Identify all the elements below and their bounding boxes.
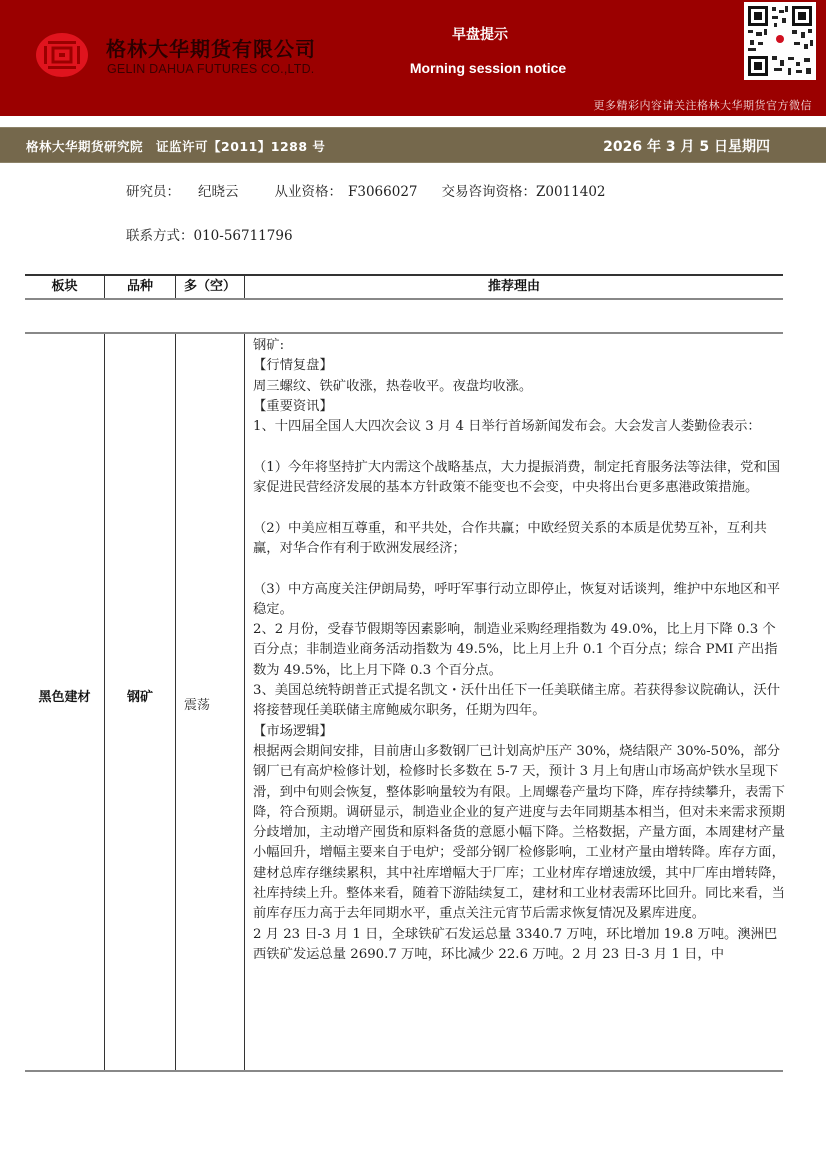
section-market-logic: 【市场逻辑】 <box>253 722 785 742</box>
cell-sector: 黑色建材 <box>25 334 105 1070</box>
qualification-label: 从业资格： <box>275 180 343 200</box>
notice-title-en: Morning session notice <box>406 60 570 76</box>
table-row: 黑色建材 钢矿 震荡 钢矿: 【行情复盘】 周三螺纹、铁矿收涨，热卷收平。夜盘均… <box>25 334 783 1072</box>
reason-paragraph: 2 月 23 日-3 月 1 日，全球铁矿石发运总量 3340.7 万吨，环比增… <box>253 925 785 966</box>
contact-number: 010-56711796 <box>194 228 293 244</box>
analyst-info-line: 研究员：纪晓云从业资格：F3066027交易咨询资格：Z0011402 <box>126 180 606 200</box>
blank-line <box>253 498 785 518</box>
consult-number: Z0011402 <box>536 184 606 200</box>
cell-reason: 钢矿: 【行情复盘】 周三螺纹、铁矿收涨，热卷收平。夜盘均收涨。 【重要资讯】 … <box>253 336 785 965</box>
cell-variety: 钢矿 <box>105 334 176 1070</box>
direction-label: 震荡 <box>184 694 210 713</box>
company-name-cn: 格林大华期货有限公司 <box>106 33 316 62</box>
section-key-news: 【重要资讯】 <box>253 397 785 417</box>
consult-label: 交易咨询资格： <box>442 180 537 200</box>
qualification-number: F3066027 <box>348 184 418 200</box>
table-header: 板块 品种 多（空） 推荐理由 <box>25 274 783 300</box>
company-logo-icon <box>34 32 90 78</box>
reason-paragraph: （1）今年将坚持扩大内需这个战略基点，大力提振消费，制定托育服务法等法律，党和国… <box>253 458 785 499</box>
reason-paragraph: 根据两会期间安排，目前唐山多数钢厂已计划高炉压产 30%，烧结限产 30%-50… <box>253 742 785 925</box>
contact-label: 联系方式： <box>126 224 194 244</box>
reason-paragraph: 3、美国总统特朗普正式提名凯文・沃什出任下一任美联储主席。若获得参议院确认，沃什… <box>253 681 785 722</box>
header-banner: 格林大华期货有限公司 GELIN DAHUA FUTURES CO.,LTD. … <box>0 0 826 116</box>
follow-wechat-text: 更多精彩内容请关注格林大华期货官方微信 <box>594 97 813 113</box>
header-direction: 多（空） <box>176 276 245 298</box>
blank-line <box>253 559 785 579</box>
header-variety: 品种 <box>105 276 176 298</box>
researcher-label: 研究员： <box>126 180 180 200</box>
reason-heading: 钢矿: <box>253 336 785 356</box>
institute-license: 格林大华期货研究院 证监许可【2011】1288 号 <box>26 137 325 155</box>
reason-paragraph: （2）中美应相互尊重，和平共处，合作共赢；中欧经贸关系的本质是优势互补，互利共赢… <box>253 519 785 560</box>
wechat-qr-code-icon <box>744 2 816 80</box>
header-sector: 板块 <box>25 276 105 298</box>
institute-strip: 格林大华期货研究院 证监许可【2011】1288 号 2026 年 3 月 5 … <box>0 127 826 163</box>
cell-direction: 震荡 <box>176 334 245 1070</box>
report-date: 2026 年 3 月 5 日星期四 <box>603 136 770 156</box>
reason-paragraph: （3）中方高度关注伊朗局势，呼吁军事行动立即停止，恢复对话谈判，维护中东地区和平… <box>253 580 785 621</box>
header-reason: 推荐理由 <box>245 276 783 298</box>
researcher-name: 纪晓云 <box>198 180 239 200</box>
sector-label: 黑色建材 <box>25 686 104 705</box>
reason-paragraph: 2、2 月份，受春节假期等因素影响，制造业采购经理指数为 49.0%，比上月下降… <box>253 620 785 681</box>
blank-line <box>253 437 785 457</box>
company-name-en: GELIN DAHUA FUTURES CO.,LTD. <box>107 62 314 76</box>
section-market-review: 【行情复盘】 <box>253 356 785 376</box>
reason-paragraph: 周三螺纹、铁矿收涨，热卷收平。夜盘均收涨。 <box>253 377 785 397</box>
reason-paragraph: 1、十四届全国人大四次会议 3 月 4 日举行首场新闻发布会。大会发言人娄勤俭表… <box>253 417 785 437</box>
variety-label: 钢矿 <box>105 686 175 705</box>
contact-line: 联系方式：010-56711796 <box>126 224 293 244</box>
notice-title-cn: 早盘提示 <box>440 24 520 44</box>
